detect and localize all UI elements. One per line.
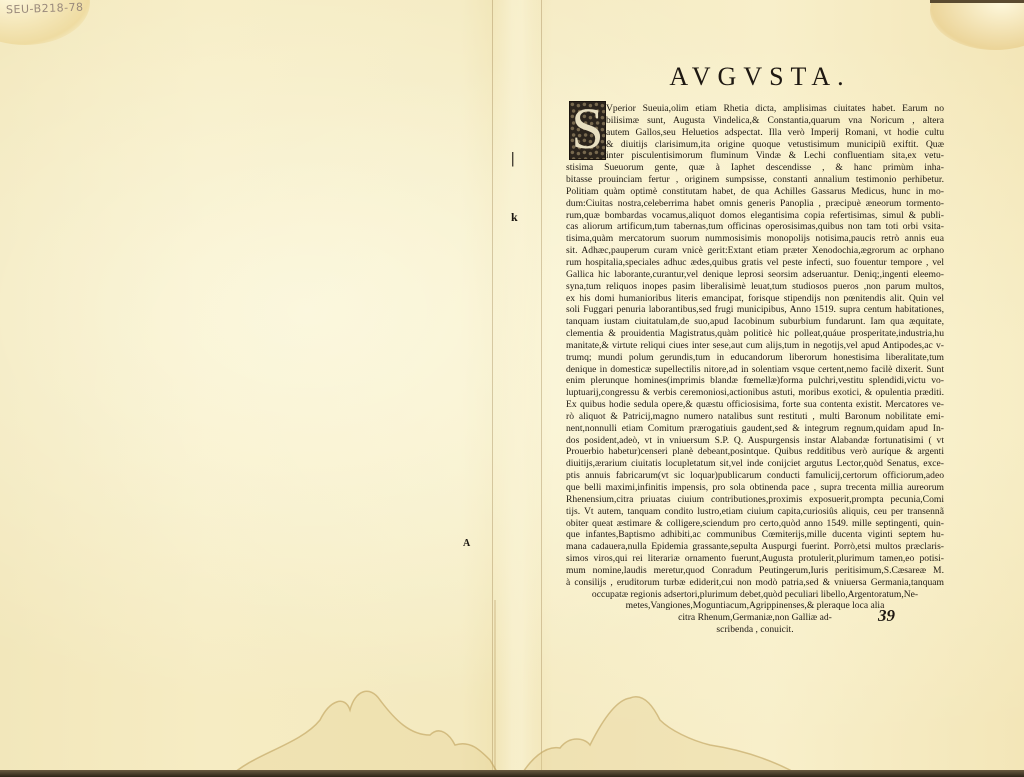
gutter-mark-2: k — [511, 210, 518, 225]
text-line: denique in domesticæ supellectilis nitor… — [566, 364, 944, 376]
text-line: Politiam quàm optimè constitutam habet, … — [566, 186, 944, 198]
text-line: sit. Adhæc,pauperum curam vnicè gerit:Ex… — [566, 245, 944, 257]
text-line: nent,nonnulli etiam Comitum prærogatiuis… — [566, 423, 944, 435]
text-line: tanquam iustam ciuitatulam,de suo,apud I… — [566, 316, 944, 328]
text-line: tijs. Vt autem, tanquam condito lustro,e… — [566, 506, 944, 518]
text-line: syna,tum reliquos inopes pasim liberalis… — [566, 281, 944, 293]
text-line: mana cadauera,nulla Epidemia grassante,s… — [566, 541, 944, 553]
gutter-mark-1: | — [511, 150, 515, 168]
text-line: que infantes,Baptismo adhibiti,ac commun… — [566, 529, 944, 541]
text-line: à consilijs , eruditorum turbæ ediderit,… — [566, 577, 944, 589]
text-line: manitate,& virtute reliqui ciues inter s… — [566, 340, 944, 352]
text-line: soli Fuggari penuria laborantibus,sed fr… — [566, 304, 944, 316]
text-line: ptis annuis fabricarum(vt sic loquar)pub… — [566, 470, 944, 482]
text-line: tisima,quàm mercatorum suorum nummosisim… — [566, 233, 944, 245]
text-line: simos viros,qui rei literariæ ornamento … — [566, 553, 944, 565]
text-line: dum:Ciuitas nostra,celeberrima habet omn… — [566, 198, 944, 210]
text-line: enim plerunque homines(imprimis blandæ f… — [566, 375, 944, 387]
text-line: Rhenensium,citra priuatas ciuium contrib… — [566, 494, 944, 506]
text-line: rò aliquot & Patricij,magno numero natal… — [566, 411, 944, 423]
text-line: Ex quibus hodie sedula opere,& quæstu of… — [566, 399, 944, 411]
text-line: bitasse prouinciam fertur , originem sum… — [566, 174, 944, 186]
text-line: bilisimæ sunt, Augusta Vindelica,& Const… — [566, 115, 944, 127]
text-line: que belli maximi,infinitis impensis, pro… — [566, 482, 944, 494]
text-line: & diuitijs clarisimum,ita origine quoque… — [566, 139, 944, 151]
page-title: AVGVSTA. — [640, 62, 880, 92]
archive-annotation: SEU-B218-78 — [6, 1, 84, 17]
text-line: stisima Sueuorum gente, quæ à Iaphet des… — [566, 162, 944, 174]
text-line: Vperior Sueuia,olim etiam Rhetia dicta, … — [566, 103, 944, 115]
body-text: Vperior Sueuia,olim etiam Rhetia dicta, … — [566, 103, 944, 636]
text-line: clementia & prouidentia Magistratus,quàm… — [566, 328, 944, 340]
text-line: obiter queat æstimare & colligere,sciend… — [566, 518, 944, 530]
text-line: ex his domi humanioribus literis emancip… — [566, 293, 944, 305]
text-line: luptuarij,congressu & verbis ceremoniosi… — [566, 387, 944, 399]
text-line: Prouerbio habetur)censeri planè debeant,… — [566, 446, 944, 458]
page-edge-bottom — [0, 770, 1024, 777]
signature-mark: A — [463, 538, 470, 549]
text-line: rum,quæ bombardas vocamus,aliquot domos … — [566, 210, 944, 222]
text-line: dos posident,adeò, vt in vniuersum S.P. … — [566, 435, 944, 447]
text-line: cas aliorum artificum,tum tabernas,tum o… — [566, 221, 944, 233]
text-line: rum hospitalia,speciales adhuc ædes,quib… — [566, 257, 944, 269]
text-line: diuitijs,ærarium ciuitatis locupletatum … — [566, 458, 944, 470]
text-line: occupatæ regionis adsertori,plurimum deb… — [566, 589, 944, 601]
page-number: 39 — [878, 606, 895, 626]
text-line: autem Gallos,seu Heluetios adspectat. Il… — [566, 127, 944, 139]
text-line: Gallica hic laborante,curantur,vel deniq… — [566, 269, 944, 281]
text-line: mum nomine,laudis meretur,quod Conradum … — [566, 565, 944, 577]
text-line: inter pisculentisimorum fluminum Vindæ &… — [566, 150, 944, 162]
text-line: trumq; mundi polum gerundis,tum in educa… — [566, 352, 944, 364]
